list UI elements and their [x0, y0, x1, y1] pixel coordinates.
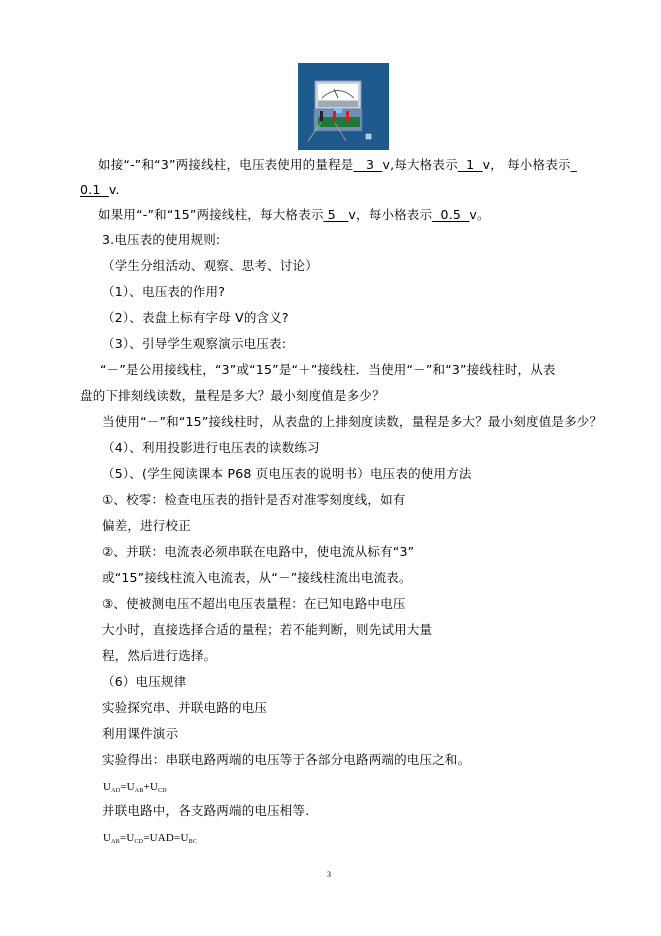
paragraph: 利用课件演示	[102, 726, 178, 742]
formula-parallel: UAB=UCD=UAD=UBC	[103, 830, 197, 850]
text: 如果用“-”和“15”两接线柱，每大格表示	[98, 207, 324, 222]
answer-blank-range: 3	[353, 157, 382, 172]
paragraph: （5）、(学生阅读课本 P68 页电压表的说明书）电压表的使用方法	[102, 466, 472, 482]
text: v.	[109, 182, 120, 197]
text: U	[127, 781, 135, 793]
text: U	[180, 832, 188, 844]
text: U	[150, 781, 158, 793]
section-heading: 3.电压表的使用规则:	[102, 232, 220, 248]
paragraph-3v-range-cont: 0.1 v.	[80, 182, 120, 198]
paragraph-3v-range: 如接“-”和“3”两接线柱，电压表使用的量程是 3 v,每大格表示 1 v， 每…	[98, 157, 577, 173]
subscript: AB	[135, 788, 144, 794]
paragraph: （4）、利用投影进行电压表的读数练习	[102, 440, 320, 456]
paragraph: 偏差，进行校正	[102, 518, 191, 534]
document-page: 如接“-”和“3”两接线柱，电压表使用的量程是 3 v,每大格表示 1 v， 每…	[0, 0, 661, 936]
text: v， 每小格表示_	[483, 157, 577, 172]
answer-blank-large-division-15: 5	[324, 207, 349, 222]
subscript: CD	[158, 788, 167, 794]
answer-blank-small-division: 0.1	[80, 182, 109, 197]
text: v。	[469, 207, 489, 222]
subscript: AB	[111, 839, 120, 845]
answer-blank-small-division-15: 0.5	[432, 207, 469, 222]
subscript: CD	[134, 839, 143, 845]
subscript: BC	[189, 839, 197, 845]
text: v，每小格表示	[348, 207, 432, 222]
paragraph: “－”是公用接线柱，“3”或“15”是“＋”接线柱．当使用“－”和“3”接线柱时…	[100, 362, 556, 378]
text: U	[103, 781, 111, 793]
paragraph: 或“15”接线柱流入电流表，从“－”接线柱流出电流表。	[102, 570, 412, 586]
paragraph: 当使用“－”和“15”接线柱时，从表盘的上排刻度读数，量程是多大？最小刻度值是多…	[102, 414, 602, 430]
subscript: AD	[111, 788, 120, 794]
paragraph: ②、并联：电流表必须串联在电路中，使电流从标有“3”	[102, 544, 414, 560]
text: U	[103, 832, 111, 844]
paragraph: 并联电路中，各支路两端的电压相等.	[102, 803, 309, 819]
answer-blank-large-division: 1	[458, 157, 483, 172]
paragraph: ③、使被测电压不超出电压表量程：在已知电路中电压	[102, 596, 406, 612]
paragraph: 实验得出：串联电路两端的电压等于各部分电路两端的电压之和。	[102, 752, 470, 768]
voltmeter-icon	[298, 63, 389, 150]
paragraph: 大小时，直接选择合适的量程；若不能判断，则先试用大量	[102, 622, 432, 638]
paragraph: ①、校零：检查电压表的指针是否对准零刻度线，如有	[102, 492, 406, 508]
text: 如接“-”和“3”两接线柱，电压表使用的量程是	[98, 157, 353, 172]
paragraph-15v-range: 如果用“-”和“15”两接线柱，每大格表示 5 v，每小格表示 0.5 v。	[98, 207, 490, 223]
paragraph: 实验探究串、并联电路的电压	[102, 700, 267, 716]
voltmeter-figure	[298, 63, 389, 150]
paragraph: （3）、引导学生观察演示电压表:	[102, 336, 286, 352]
paragraph: （1）、电压表的作用?	[102, 284, 225, 300]
paragraph: （2）、表盘上标有字母 V的含义?	[102, 310, 289, 326]
formula-series: UAD=UAB+UCD	[103, 779, 167, 799]
paragraph: （6）电压规律	[102, 674, 186, 690]
paragraph: 程，然后进行选择。	[102, 648, 216, 664]
text: =UAD=	[143, 832, 180, 844]
text: v,每大格表示	[383, 157, 458, 172]
paragraph: 盘的下排刻线读数，量程是多大？最小刻度值是多少？	[80, 388, 385, 404]
page-number: 3	[327, 870, 331, 879]
paragraph: （学生分组活动、观察、思考、讨论）	[102, 258, 318, 274]
